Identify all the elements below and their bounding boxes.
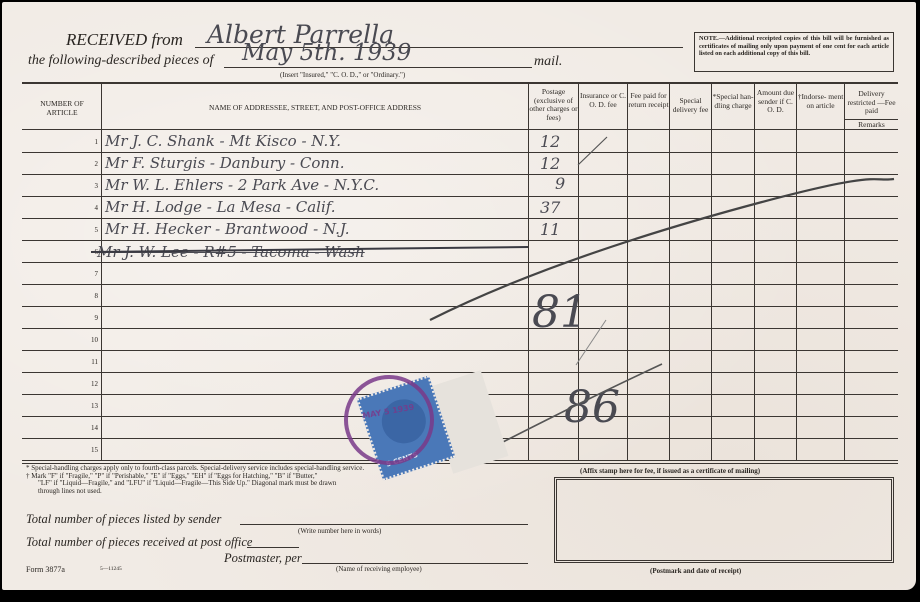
footnote-mark-3: through lines not used. bbox=[26, 488, 526, 496]
affix-stamp-label: (Affix stamp here for fee, if issued as … bbox=[580, 467, 760, 475]
form-number: Form 3877a bbox=[26, 565, 65, 574]
total-received-line[interactable] bbox=[247, 547, 299, 548]
postmark-box bbox=[554, 477, 894, 563]
postmark-circle: MAY 5 1939 bbox=[344, 375, 434, 465]
postmaster-label: Postmaster, per bbox=[224, 551, 302, 566]
postmaster-line[interactable] bbox=[302, 563, 528, 564]
mailing-receipt-form: RECEIVED from Albert Parrella the follow… bbox=[2, 2, 916, 590]
postmark-date-label: (Postmark and date of receipt) bbox=[650, 567, 741, 575]
form-code: 5—11245 bbox=[100, 566, 122, 572]
footnotes: * Special-handling charges apply only to… bbox=[26, 465, 526, 495]
write-words-hint: (Write number here in words) bbox=[298, 527, 381, 535]
total-sender-label: Total number of pieces listed by sender bbox=[26, 512, 221, 527]
employee-hint: (Name of receiving employee) bbox=[336, 565, 422, 573]
total-sender-line[interactable] bbox=[240, 524, 528, 525]
postmark-date: MAY 5 1939 bbox=[362, 403, 415, 421]
total-received-label: Total number of pieces received at post … bbox=[26, 535, 252, 550]
